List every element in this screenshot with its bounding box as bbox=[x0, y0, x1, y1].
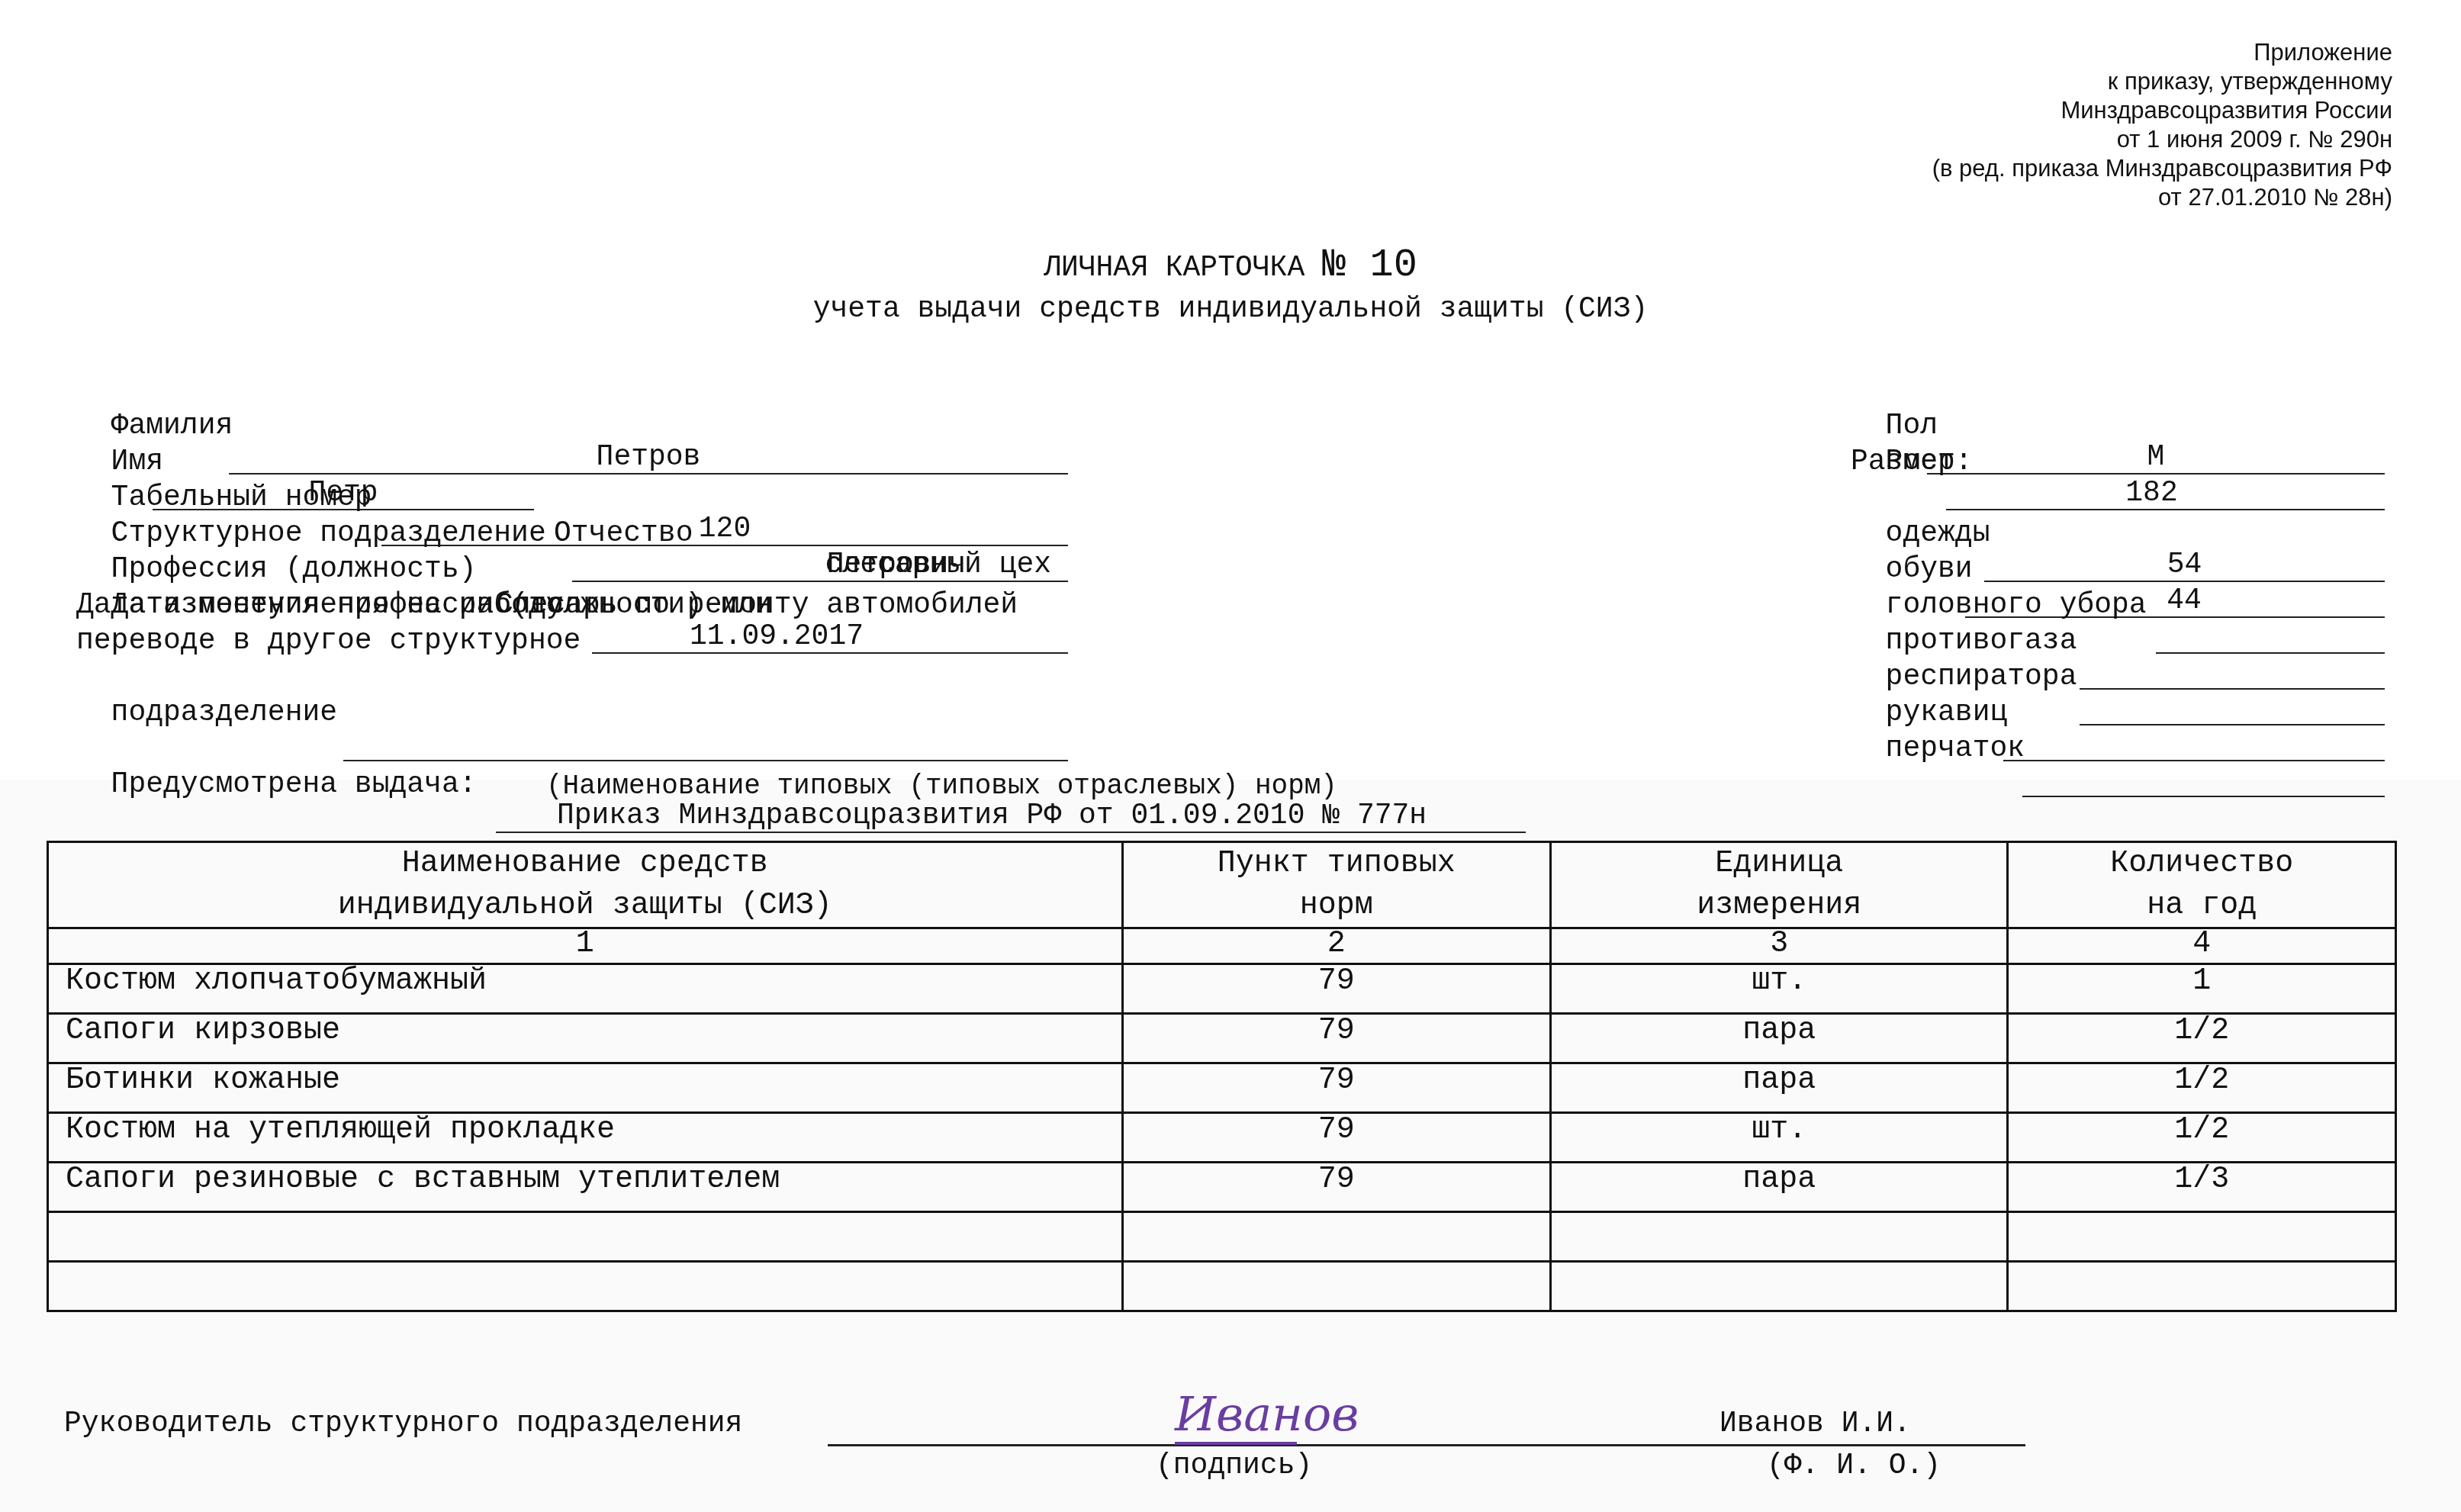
mittens-field[interactable] bbox=[2003, 731, 2385, 761]
signature[interactable]: Иванов bbox=[1175, 1387, 1297, 1445]
table-row: Ботинки кожаные79пара1/2 bbox=[48, 1063, 2396, 1113]
headwear-field[interactable] bbox=[2156, 623, 2385, 654]
unit-cell[interactable]: пара bbox=[1550, 1014, 2007, 1063]
department-field[interactable]: слесарный цех bbox=[572, 552, 1068, 582]
fio-value[interactable]: Иванов И.И. bbox=[1719, 1407, 1911, 1440]
appendix-line: Минздравсоцразвития России bbox=[1932, 96, 2392, 125]
respirator-field[interactable] bbox=[2080, 695, 2385, 725]
column-number: 2 bbox=[1122, 928, 1550, 964]
gloves-label: перчаток bbox=[1886, 732, 2025, 765]
change-label-2: переводе в другое структурное bbox=[76, 623, 581, 659]
unit-cell[interactable]: пара bbox=[1550, 1063, 2007, 1113]
appendix-line: (в ред. приказа Минздравсоцразвития РФ bbox=[1932, 154, 2392, 183]
appendix-note: Приложение к приказу, утвержденному Минз… bbox=[1932, 38, 2392, 212]
change-label-1: Дата изменения профессии (должности) или bbox=[76, 587, 772, 623]
quantity-cell[interactable]: 1/2 bbox=[2008, 1014, 2396, 1063]
norm-point-cell[interactable] bbox=[1122, 1262, 1550, 1311]
siz-name-cell[interactable]: Костюм хлопчатобумажный bbox=[48, 964, 1123, 1014]
norm-point-cell[interactable]: 79 bbox=[1122, 1113, 1550, 1163]
unit-cell[interactable]: шт. bbox=[1550, 1113, 2007, 1163]
table-row: Сапоги кирзовые79пара1/2 bbox=[48, 1014, 2396, 1063]
gender-field[interactable]: М bbox=[1927, 444, 2385, 475]
gloves-row: перчаток bbox=[1851, 695, 2025, 803]
column-numbers-row: 1 2 3 4 bbox=[48, 928, 2396, 964]
appendix-line: от 27.01.2010 № 28н) bbox=[1932, 183, 2392, 212]
appendix-line: к приказу, утвержденному bbox=[1932, 67, 2392, 96]
unit-cell[interactable]: шт. bbox=[1550, 964, 2007, 1014]
column-number: 4 bbox=[2008, 928, 2396, 964]
issuance-row: Предусмотрена выдача: Приказ Минздравсоц… bbox=[76, 731, 477, 838]
header-unit: Единицаизмерения bbox=[1550, 842, 2007, 928]
signature-line bbox=[828, 1444, 2025, 1446]
fio-caption: (Ф. И. О.) bbox=[1767, 1449, 1941, 1482]
siz-table: Наименование средствиндивидуальной защит… bbox=[47, 841, 2397, 1312]
siz-name-cell[interactable]: Сапоги кирзовые bbox=[48, 1014, 1123, 1063]
column-number: 3 bbox=[1550, 928, 2007, 964]
norm-point-cell[interactable] bbox=[1122, 1212, 1550, 1262]
norm-point-cell[interactable]: 79 bbox=[1122, 1063, 1550, 1113]
quantity-cell[interactable]: 1/2 bbox=[2008, 1113, 2396, 1163]
quantity-cell[interactable]: 1/3 bbox=[2008, 1163, 2396, 1212]
siz-name-cell[interactable] bbox=[48, 1212, 1123, 1262]
siz-name-cell[interactable]: Сапоги резиновые с вставным утеплителем bbox=[48, 1163, 1123, 1212]
unit-cell[interactable] bbox=[1550, 1262, 2007, 1311]
head-label: Руководитель структурного подразделения bbox=[64, 1407, 742, 1440]
quantity-cell[interactable] bbox=[2008, 1262, 2396, 1311]
quantity-cell[interactable] bbox=[2008, 1212, 2396, 1262]
card-title: ЛИЧНАЯ КАРТОЧКА № 10 bbox=[0, 243, 2461, 288]
column-number: 1 bbox=[48, 928, 1123, 964]
table-row bbox=[48, 1262, 2396, 1311]
siz-name-cell[interactable] bbox=[48, 1262, 1123, 1311]
signature-caption: (подпись) bbox=[1156, 1449, 1312, 1482]
unit-cell[interactable] bbox=[1550, 1212, 2007, 1262]
table-row: Костюм на утепляющей прокладке79шт.1/2 bbox=[48, 1113, 2396, 1163]
table-header-row: Наименование средствиндивидуальной защит… bbox=[48, 842, 2396, 928]
header-norm-point: Пункт типовыхнорм bbox=[1122, 842, 1550, 928]
norm-point-cell[interactable]: 79 bbox=[1122, 1014, 1550, 1063]
table-row: Сапоги резиновые с вставным утеплителем7… bbox=[48, 1163, 2396, 1212]
issuance-label: Предусмотрена выдача: bbox=[111, 768, 477, 801]
table-row bbox=[48, 1212, 2396, 1262]
card-subtitle: учета выдачи средств индивидуальной защи… bbox=[0, 293, 2461, 326]
card-number: № 10 bbox=[1322, 243, 1417, 288]
header-quantity: Количествона год bbox=[2008, 842, 2396, 928]
card-title-text: ЛИЧНАЯ КАРТОЧКА bbox=[1044, 252, 1304, 285]
unit-cell[interactable]: пара bbox=[1550, 1163, 2007, 1212]
siz-name-cell[interactable]: Костюм на утепляющей прокладке bbox=[48, 1113, 1123, 1163]
quantity-cell[interactable]: 1 bbox=[2008, 964, 2396, 1014]
norm-point-cell[interactable]: 79 bbox=[1122, 964, 1550, 1014]
hire-date-field[interactable]: 11.09.2017 bbox=[592, 623, 1068, 654]
table-row: Костюм хлопчатобумажный79шт.1 bbox=[48, 964, 2396, 1014]
gasmask-field[interactable] bbox=[2080, 659, 2385, 690]
issuance-hint: (Наименование типовых (типовых отраслевы… bbox=[546, 770, 1337, 802]
header-siz-name: Наименование средствиндивидуальной защит… bbox=[48, 842, 1123, 928]
change-label-3: подразделение bbox=[111, 696, 337, 729]
size-label: Размер: bbox=[1851, 444, 1973, 480]
height-field[interactable]: 182 bbox=[1946, 480, 2385, 510]
norm-point-cell[interactable]: 79 bbox=[1122, 1163, 1550, 1212]
quantity-cell[interactable]: 1/2 bbox=[2008, 1063, 2396, 1113]
gloves-field[interactable] bbox=[2022, 767, 2385, 797]
appendix-line: от 1 июня 2009 г. № 290н bbox=[1932, 125, 2392, 154]
issuance-field[interactable]: Приказ Минздравсоцразвития РФ от 01.09.2… bbox=[496, 803, 1526, 833]
appendix-line: Приложение bbox=[1932, 38, 2392, 67]
siz-name-cell[interactable]: Ботинки кожаные bbox=[48, 1063, 1123, 1113]
